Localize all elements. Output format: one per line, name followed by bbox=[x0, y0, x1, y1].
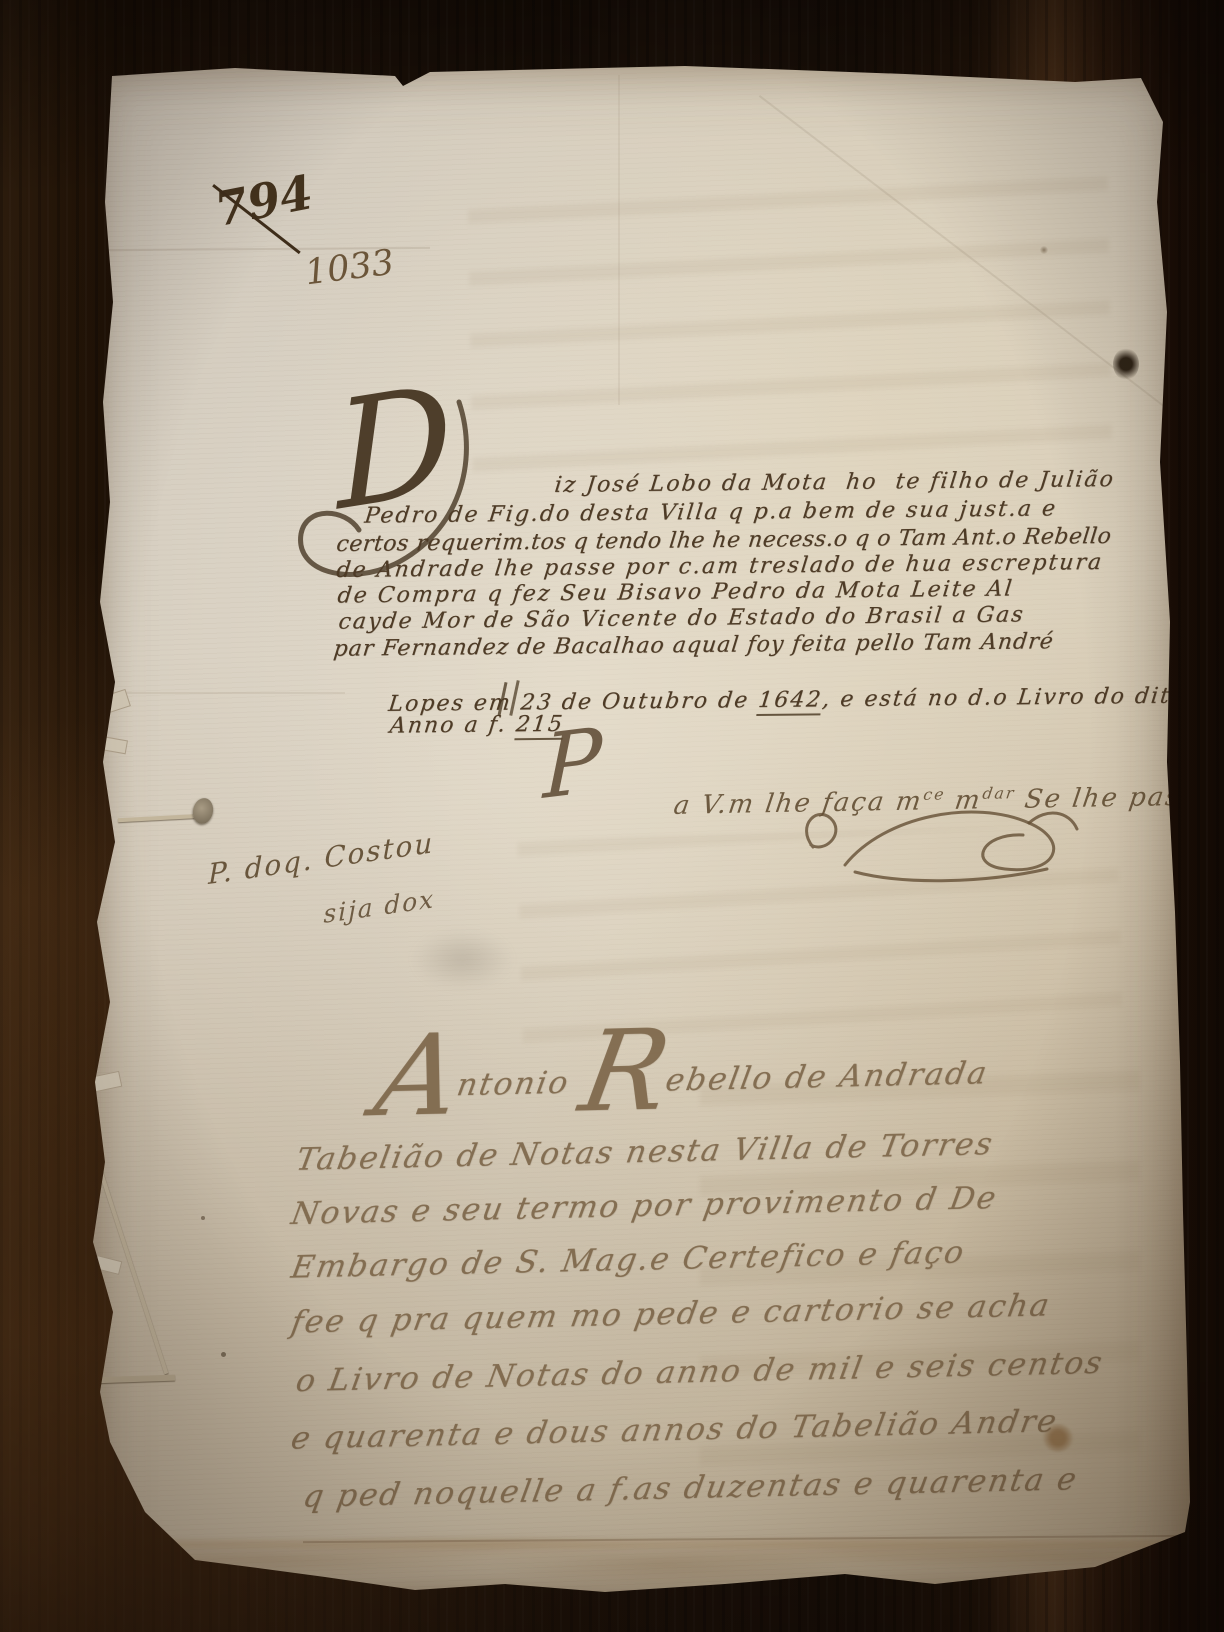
certificate-line: e quarenta e dous annos do Tabelião Andr… bbox=[288, 1403, 1061, 1456]
binding-thread-lower bbox=[93, 1375, 175, 1384]
bottom-mottled-band bbox=[140, 1500, 1190, 1585]
certificate-line: o Livro de Notas do anno de mil e seis c… bbox=[293, 1345, 1106, 1399]
certificate-line: fee q pra quem mo pede e cartorio se ach… bbox=[288, 1287, 1053, 1340]
manuscript-page: 794 1033 D iz José Lobo da Mota ho te fi… bbox=[85, 62, 1190, 1602]
fly-speck-1 bbox=[1040, 246, 1048, 254]
thread-knot bbox=[191, 796, 216, 826]
marginal-note-line1: P. doq. Costou bbox=[208, 826, 434, 891]
marginal-note-line2: sija dox bbox=[324, 884, 435, 929]
certificate-initial-A: A bbox=[367, 1010, 471, 1142]
crease-mid-left bbox=[95, 692, 345, 694]
certificate-line: Novas e seu termo por provimento d De bbox=[288, 1180, 1000, 1232]
manuscript-photo: 794 1033 D iz José Lobo da Mota ho te fi… bbox=[0, 0, 1224, 1632]
smudge-gray bbox=[415, 932, 510, 987]
crease-vertical bbox=[618, 75, 620, 405]
certificate-line: Embargo de S. Mag.e Certefico e faço bbox=[289, 1234, 969, 1285]
bleedthrough-top bbox=[468, 176, 1113, 477]
year-line-post: , e está no d.o Livro do dito bbox=[821, 684, 1188, 713]
petition-line: iz José Lobo da Mota ho te filho de Juli… bbox=[553, 467, 1116, 498]
certificate-seg: ebello de Andrada bbox=[663, 1055, 991, 1098]
request-initial-P: P bbox=[542, 708, 603, 819]
stain-dark-right-edge bbox=[1113, 348, 1139, 380]
fly-speck-3 bbox=[201, 1216, 205, 1220]
certificate-initial-R: R bbox=[572, 1006, 679, 1138]
petition-line: par Fernandez de Bacalhao aqual foy feit… bbox=[332, 629, 1055, 662]
petition-line-folio: Anno a f. 215 bbox=[332, 687, 569, 764]
archival-number-renumbered: 1033 bbox=[303, 243, 396, 294]
folio-line-pre: Anno a f. bbox=[388, 712, 517, 738]
crease-top-right-diagonal bbox=[759, 95, 1165, 407]
binding-thread-upper bbox=[118, 814, 203, 822]
fly-speck-2 bbox=[221, 1352, 226, 1357]
certificate-seg: ntonio bbox=[454, 1064, 584, 1103]
year-1642: 1642 bbox=[757, 687, 824, 716]
rubric-flourish bbox=[785, 777, 1085, 892]
